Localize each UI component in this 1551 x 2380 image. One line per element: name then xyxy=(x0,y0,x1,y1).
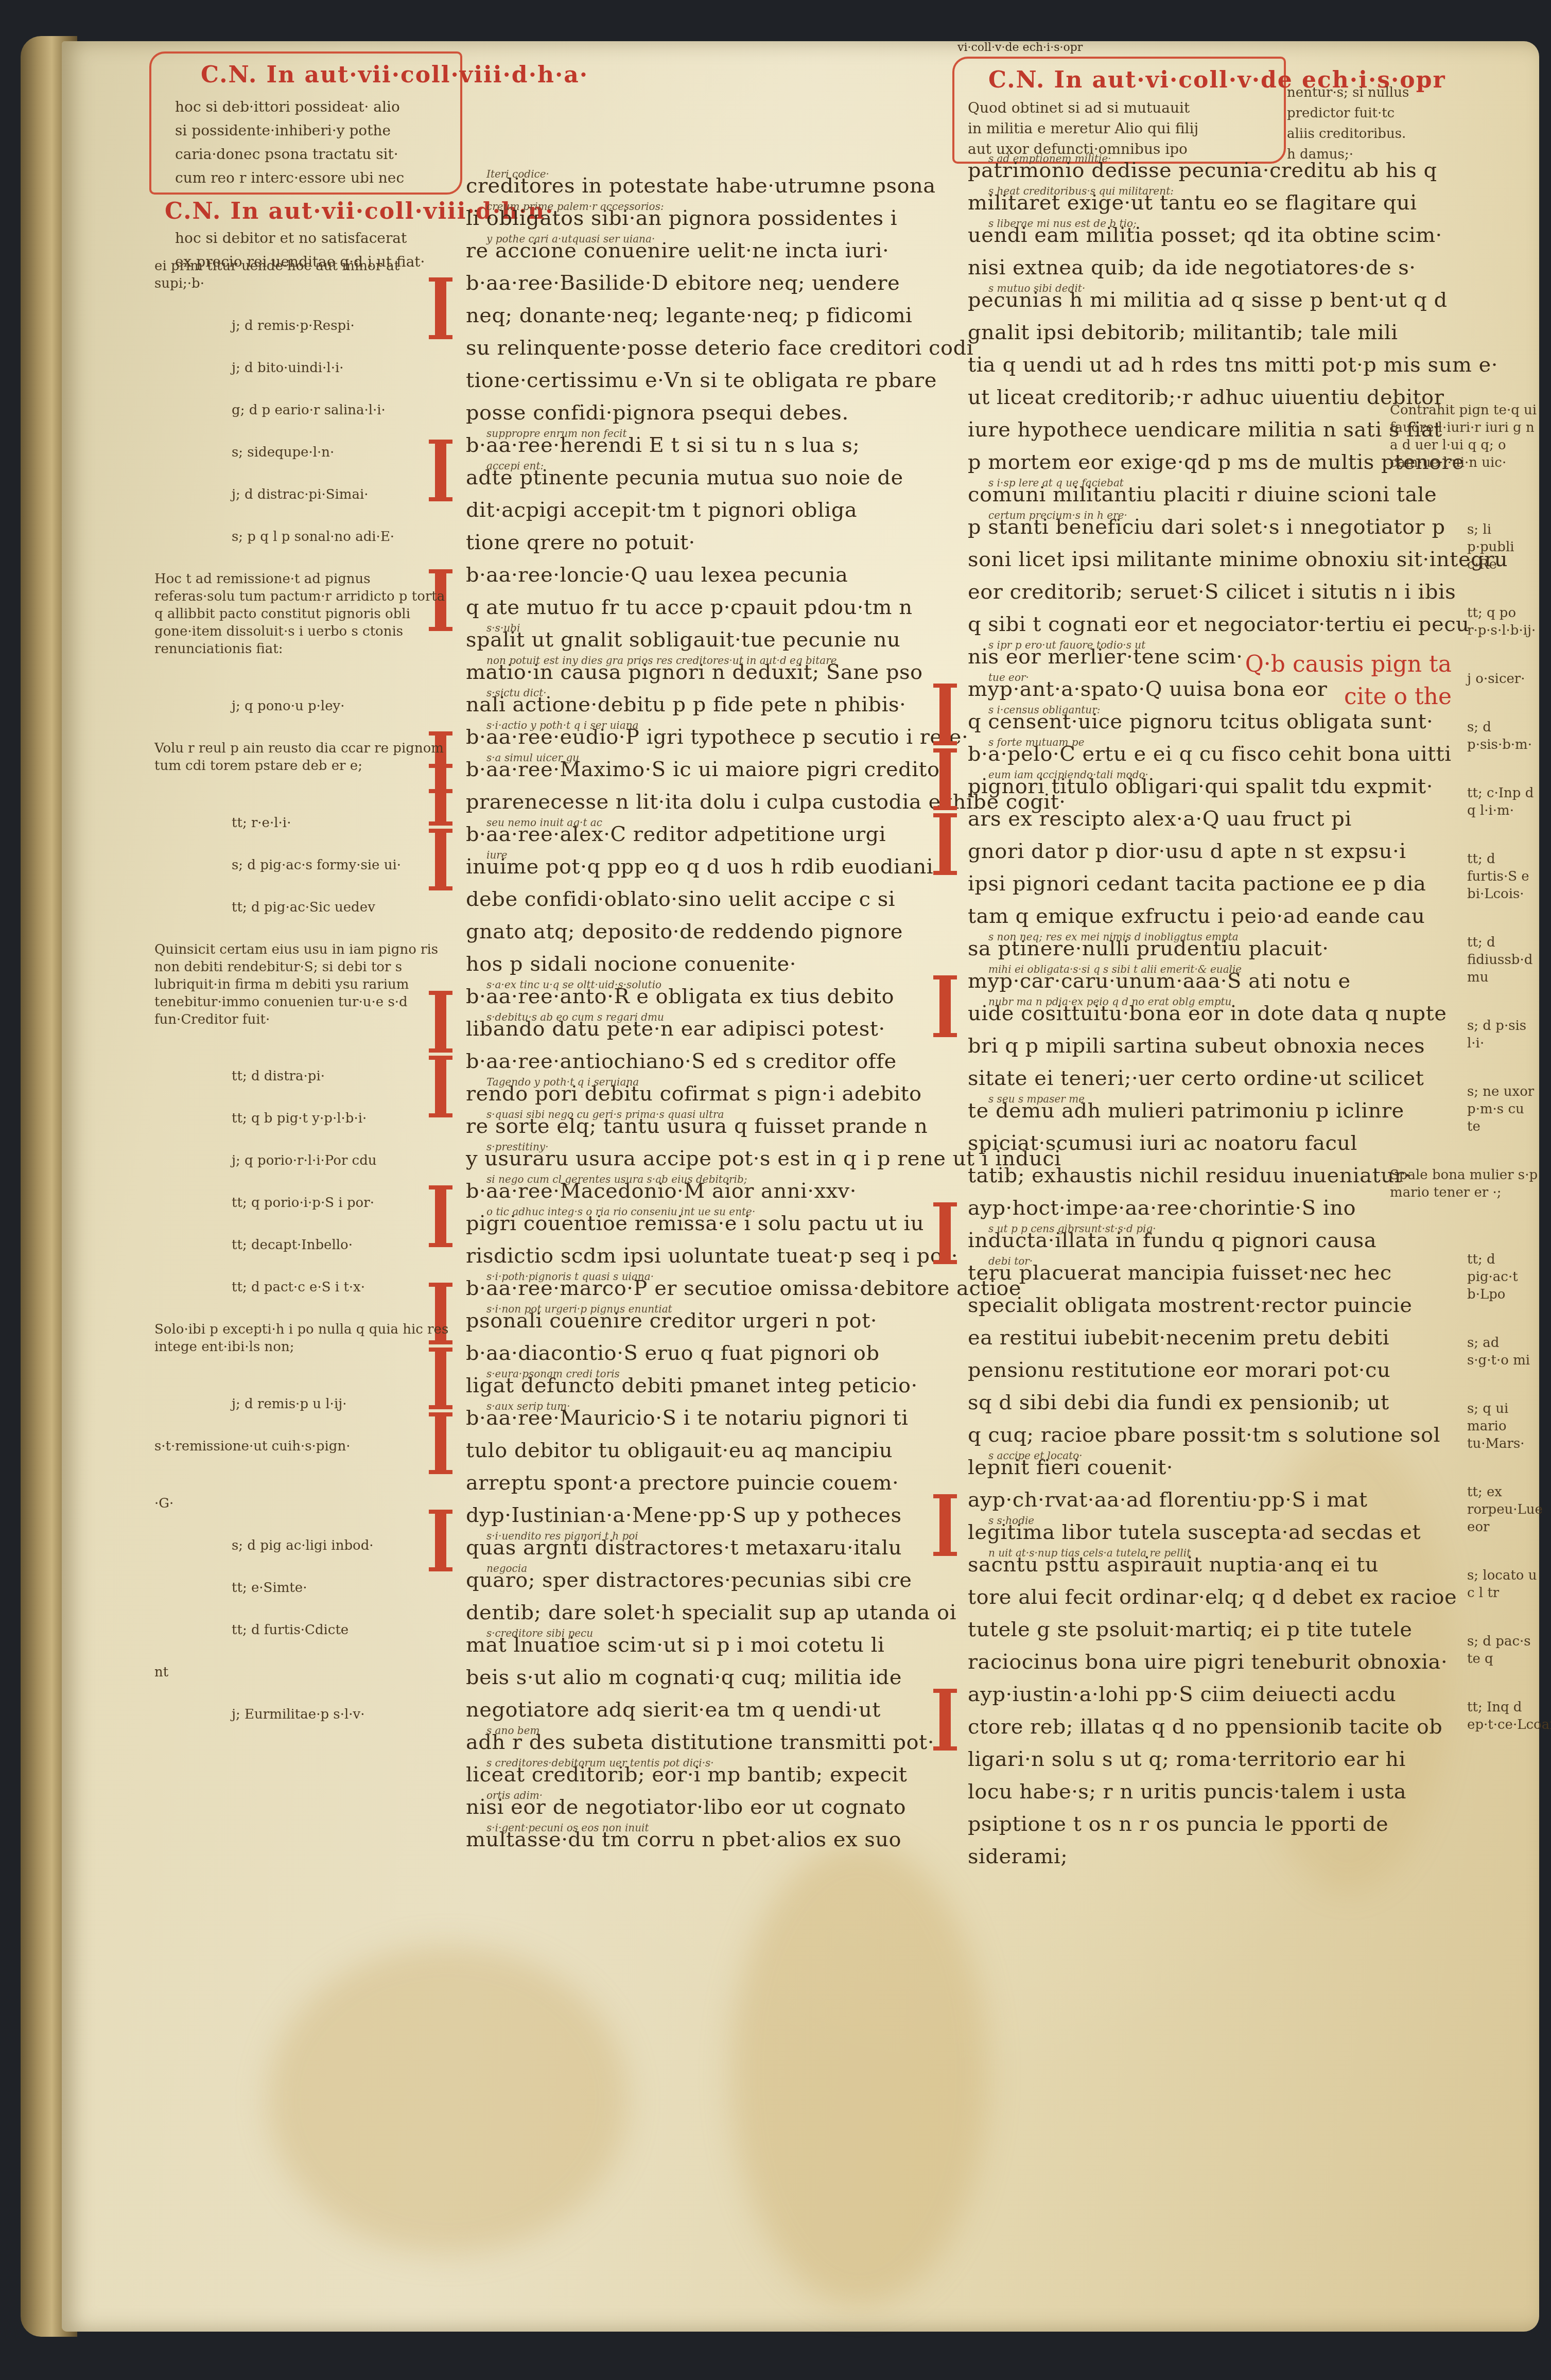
manuscript-line: debe confidi·oblato·sino uelit accipe c … xyxy=(466,883,960,916)
manuscript-line: raciocinus bona uire pigri teneburit obn… xyxy=(968,1646,1431,1678)
main-text-line: specialit obligata mostrent·rector puinc… xyxy=(968,1289,1431,1322)
interlinear-gloss: eum iam accipiendo·tali modo· xyxy=(988,769,1148,780)
manuscript-line: bri q p mipili sartina subeut obnoxia ne… xyxy=(968,1030,1431,1062)
margin-allegation: s; li p·publi c·Re xyxy=(1390,521,1539,573)
main-text-line: gnato atq; deposito·de reddendo pignore xyxy=(466,916,960,948)
margin-allegation: tt; d pact·c e·S i t·x· xyxy=(154,1279,453,1296)
interlinear-gloss: s·i·non pot urgeri·p pignus enuntiat xyxy=(486,1304,672,1314)
rubric-side-line: nentur·s; si nullus xyxy=(1287,82,1409,103)
manuscript-line: s ano bemadh r des subeta distitutione t… xyxy=(466,1726,960,1759)
main-text-line: prarenecesse n lit·ita dolu i culpa cust… xyxy=(466,786,960,818)
manuscript-line: tia q uendi ut ad h rdes tns mitti pot·p… xyxy=(968,349,1431,381)
interlinear-gloss: suppropre enrum non fecit xyxy=(486,428,626,439)
manuscript-line: si nego cum cl gerentes usura s·ab eius … xyxy=(466,1175,960,1207)
manuscript-line: s·sictu dict·nali actione·debitu p p fid… xyxy=(466,689,960,721)
interlinear-gloss: s ut p p cens gibrsunt·st·s·d pig· xyxy=(988,1223,1156,1234)
margin-allegation: s; d pac·s te q xyxy=(1390,1633,1539,1668)
main-text-line: neq; donante·neq; legante·neq; p fidicom… xyxy=(466,300,960,332)
main-text-line: arreptu spont·a prectore puincie couem· xyxy=(466,1467,960,1499)
margin-allegation: g; d p eario·r salina·l·i· xyxy=(154,401,453,419)
manuscript-line: beis s·ut alio m cognati·q cuq; militia … xyxy=(466,1661,960,1694)
main-text-line: q cuq; racioe pbare possit·tm s solution… xyxy=(968,1419,1431,1451)
margin-allegation: tt; decapt·Inbello· xyxy=(154,1236,453,1254)
interlinear-gloss: s·quasi sibi nego cu geri·s prima·s quas… xyxy=(486,1109,724,1119)
manuscript-line: s i·census obligantur:q censent·uice pig… xyxy=(968,706,1431,738)
main-text-line: ligari·n solu s ut q; roma·territorio ea… xyxy=(968,1743,1431,1776)
main-text-line: gnori dator p dior·usu d apte n st expsu… xyxy=(968,835,1431,868)
rubric-box-right-text: Quod obtinet si ad si mutuauit in militi… xyxy=(968,98,1198,160)
margin-allegation: s; locato u c l tr xyxy=(1390,1567,1539,1602)
main-text-line: risdictio scdm ipsi uoluntate tueat·p se… xyxy=(466,1240,960,1272)
main-text-line: tore alui fecit ordinar·elq; q d debet e… xyxy=(968,1581,1431,1614)
main-text-line: hos p sidali nocione conuenite· xyxy=(466,948,960,981)
interlinear-gloss: s seu s mpaser me xyxy=(988,1094,1085,1104)
main-text-line: tulo debitor tu obligauit·eu aq mancipiu xyxy=(466,1434,960,1467)
margin-mark: nt xyxy=(154,1664,453,1681)
margin-allegation: tt; e·Simte· xyxy=(154,1579,453,1597)
interlinear-gloss: creum prime palem·r accessorios: xyxy=(486,201,664,212)
margin-allegation: s; ad s·g·t·o mi xyxy=(1390,1334,1539,1369)
main-text-line: ars ex rescipto alex·a·Q uau fruct pi xyxy=(968,803,1431,835)
rubric-line: in militia e meretur Alio qui filij xyxy=(968,118,1198,139)
parchment-stain xyxy=(268,1946,628,2254)
manuscript-line: s·eura·psonam credi torisligat defuncto … xyxy=(466,1370,960,1402)
margin-side-note: ei prim titur uende·hoc aut minor at sup… xyxy=(154,257,453,292)
main-text-line: siderami; xyxy=(968,1841,1431,1873)
manuscript-line: s·prestitiny·y usuraru usura accipe pot·… xyxy=(466,1143,960,1175)
manuscript-line: s·s·ubispalit ut gnalit sobligauit·tue p… xyxy=(466,624,960,656)
margin-allegation: tt; d pig·ac·t b·Lpo xyxy=(1390,1251,1539,1303)
interlinear-gloss: s·i·uendito res pignori t h poi xyxy=(486,1531,638,1541)
manuscript-line: eum iam accipiendo·tali modo·pignori tit… xyxy=(968,771,1431,803)
manuscript-line: s accipe et locato·lepnit fieri couenit· xyxy=(968,1451,1431,1484)
main-text-line: b·aa·ree·Basilide·D ebitore neq; uendere xyxy=(466,267,960,300)
main-text-line: tione·certissimu e·Vn si te obligata re … xyxy=(466,364,960,397)
margin-allegation: j; d remis·p·Respi· xyxy=(154,317,453,335)
main-text-line: legitima libor tutela suscepta·ad secdas… xyxy=(968,1516,1431,1549)
margin-allegation: s; ne uxor p·m·s cu te xyxy=(1390,1083,1539,1135)
manuscript-line: sitate ei teneri;·uer certo ordine·ut sc… xyxy=(968,1062,1431,1095)
margin-gloss-paragraph: Contrahit pign te·q ui fauore·l·iuri·r i… xyxy=(1390,401,1539,471)
interlinear-gloss: seu nemo inuit ag·t ac xyxy=(486,817,602,828)
interlinear-gloss: Tagendo y poth·t q i seruiana xyxy=(486,1077,639,1087)
main-text-line: q sibi t cognati eor et negociator·terti… xyxy=(968,608,1431,641)
interlinear-gloss: s forte mutuam pe xyxy=(988,737,1085,747)
main-text-line: inuime pot·q ppp eo q d uos h rdib euodi… xyxy=(466,851,960,883)
interlinear-gloss: s·creditore sibi pecu xyxy=(486,1628,593,1638)
main-text-line: tutele g ste psoluit·martiq; ei p tite t… xyxy=(968,1614,1431,1646)
interlinear-gloss: accepi ent: xyxy=(486,461,544,471)
manuscript-line: soni licet ipsi militante minime obnoxiu… xyxy=(968,544,1431,576)
manuscript-line: tue eor·myp·ant·a·spato·Q uuisa bona eor… xyxy=(968,673,1431,706)
margin-allegation: j; d remis·p u l·ij· xyxy=(154,1395,453,1413)
manuscript-line: ligari·n solu s ut q; roma·territorio ea… xyxy=(968,1743,1431,1776)
main-text-line: tam q emique exfructu i peio·ad eande ca… xyxy=(968,900,1431,933)
red-initial-i xyxy=(939,1689,951,1751)
manuscript-line: gnalit ipsi debitorib; militantib; tale … xyxy=(968,317,1431,349)
manuscript-line: su relinquente·posse deterio face credit… xyxy=(466,332,960,364)
main-text-line: p mortem eor exige·qd p ms de multis pte… xyxy=(968,446,1431,479)
manuscript-line: s non neq; res ex mei nimis d inobligatu… xyxy=(968,933,1431,965)
margin-allegation: tt; d pig·ac·Sic uedev xyxy=(154,899,453,916)
manuscript-line: s·i·gent·pecuni os eos non inuitmultasse… xyxy=(466,1824,960,1856)
manuscript-line: ayp·hoct·impe·aa·ree·chorintie·S ino xyxy=(968,1192,1431,1224)
main-text-line: gnalit ipsi debitorib; militantib; tale … xyxy=(968,317,1431,349)
manuscript-line: s·i·uendito res pignori t h poiquas argn… xyxy=(466,1532,960,1564)
manuscript-line: y pothe cari a·utquasi ser uiana·re acci… xyxy=(466,235,960,267)
manuscript-line: ipsi pignori cedant tacita pactione ee p… xyxy=(968,868,1431,900)
manuscript-line: s·i·poth·pignoris t quasi s uiana·b·aa·r… xyxy=(466,1272,960,1305)
margin-allegation: j; Eurmilitae·p s·l·v· xyxy=(154,1706,453,1723)
main-text-line: ea restitui iubebit·necenim pretu debiti xyxy=(968,1322,1431,1354)
manuscript-line: s·creditore sibi pecumat lnuatioe scim·u… xyxy=(466,1629,960,1661)
margin-allegation: j o·sicer· xyxy=(1390,670,1539,688)
main-text-line: ipsi pignori cedant tacita pactione ee p… xyxy=(968,868,1431,900)
interlinear-gloss: s·i·gent·pecuni os eos non inuit xyxy=(486,1823,649,1833)
main-text-line: b·aa·ree·antiochiano·S ed s creditor off… xyxy=(466,1045,960,1078)
margin-allegation: s; q ui mario tu·Mars· xyxy=(1390,1400,1539,1452)
rubric-line: caria·donec psona tractatu sit· xyxy=(175,143,404,166)
manuscript-line: locu habe·s; r n uritis puncis·talem i u… xyxy=(968,1776,1431,1808)
rubric-side-line: aliis creditoribus. xyxy=(1287,124,1409,144)
manuscript-line: ars ex rescipto alex·a·Q uau fruct pi xyxy=(968,803,1431,835)
margin-allegation: s; sidequpe·l·n· xyxy=(154,444,453,461)
margin-gloss-paragraph: Hoc t ad remissione·t ad pignus referas·… xyxy=(154,570,453,658)
interlinear-gloss: s·i·poth·pignoris t quasi s uiana· xyxy=(486,1271,654,1282)
rubric-line: cum reo r interc·essore ubi nec xyxy=(175,166,404,190)
interlinear-gloss: s heat creditoribus·s qui militarent: xyxy=(988,186,1174,196)
interlinear-gloss: s·a simul uicer gu xyxy=(486,752,579,763)
manuscript-line: b·aa·ree·antiochiano·S ed s creditor off… xyxy=(466,1045,960,1078)
margin-allegation: tt; d distra·pi· xyxy=(154,1067,453,1085)
interlinear-gloss: s accipe et locato· xyxy=(988,1450,1083,1461)
manuscript-line: s creditores·debitorum uer tentis pot di… xyxy=(466,1759,960,1791)
manuscript-line: s·debitu·s ab eo cum s regari dmulibando… xyxy=(466,1013,960,1045)
margin-allegation: s; d p·sis·b·m· xyxy=(1390,719,1539,754)
red-initial-i xyxy=(939,1202,951,1264)
manuscript-line: s·i·non pot urgeri·p pignus enuntiatpson… xyxy=(466,1305,960,1337)
margin-mark: ·G· xyxy=(154,1495,453,1512)
manuscript-line: Tagendo y poth·t q i seruianarendo pori … xyxy=(466,1078,960,1110)
margin-allegation: tt; ex rorpeu·Lue eor xyxy=(1390,1483,1539,1536)
main-text-line: q ate mutuo fr tu acce p·cpauit pdou·tm … xyxy=(466,591,960,624)
main-text-line: negotiatore adq sierit·ea tm q uendi·ut xyxy=(466,1694,960,1726)
main-text-line: beis s·ut alio m cognati·q cuq; militia … xyxy=(466,1661,960,1694)
manuscript-line: ea restitui iubebit·necenim pretu debiti xyxy=(968,1322,1431,1354)
main-text-line: sq d sibi debi dia fundi ex pensionib; u… xyxy=(968,1387,1431,1419)
manuscript-line: negociaquaro; sper distractores·pecunias… xyxy=(466,1564,960,1597)
interlinear-gloss: s s·hodie xyxy=(988,1515,1034,1526)
margin-allegation: s; d pig ac·ligi inbod· xyxy=(154,1537,453,1554)
margin-allegation: tt; q po r·p·s·l·b·ij· xyxy=(1390,604,1539,639)
main-text-line: ctore reb; illatas q d no ppensionib tac… xyxy=(968,1711,1431,1743)
interlinear-gloss: non potuit est iny dies gra prios res cr… xyxy=(486,655,837,666)
manuscript-line: b·aa·ree·loncie·Q uau lexea pecunia xyxy=(466,559,960,591)
main-text-line: dyp·Iustinian·a·Mene·pp·S up y potheces xyxy=(466,1499,960,1532)
main-text-line: raciocinus bona uire pigri teneburit obn… xyxy=(968,1646,1431,1678)
interlinear-gloss: mihi ei obligata·s·si q s sibi t alii em… xyxy=(988,964,1242,974)
margin-allegation: tt; Inq d ep·t·ce·Lcoai xyxy=(1390,1699,1539,1734)
left-margin-glosses: ei prim titur uende·hoc aut minor at sup… xyxy=(154,257,453,1748)
red-initial-p xyxy=(939,813,951,875)
interlinear-gloss: nubr ma n pdia·ex peio q d no erat oblg … xyxy=(988,996,1231,1007)
main-text-line: tia q uendi ut ad h rdes tns mitti pot·p… xyxy=(968,349,1431,381)
manuscript-line: tione qrere no potuit· xyxy=(466,527,960,559)
main-text-line: adh r des subeta distitutione transmitti… xyxy=(466,1726,960,1759)
left-main-column: Iteri codice·creditores in potestate hab… xyxy=(466,170,960,1856)
margin-allegation: j; d distrac·pi·Simai· xyxy=(154,486,453,503)
right-main-column: s ad emptionem militie·patrimonio dediss… xyxy=(968,154,1431,1873)
manuscript-line: nisi extnea quib; da ide negotiatores·de… xyxy=(968,252,1431,284)
main-text-line: dit·acpigi accepit·tm t pignori obliga xyxy=(466,494,960,527)
main-text-line: nisi extnea quib; da ide negotiatores·de… xyxy=(968,252,1431,284)
main-text-line: spalit ut gnalit sobligauit·tue pecunie … xyxy=(466,624,960,656)
margin-allegation: s; p q l p sonal·no adi·E· xyxy=(154,528,453,546)
manuscript-line: b·aa·diacontio·S eruo q fuat pignori ob xyxy=(466,1337,960,1370)
manuscript-line: ortis adim·nisi eor de negotiator·libo e… xyxy=(466,1791,960,1824)
manuscript-line: ctore reb; illatas q d no ppensionib tac… xyxy=(968,1711,1431,1743)
red-initial-i xyxy=(939,748,951,810)
manuscript-line: b·aa·ree·Basilide·D ebitore neq; uendere xyxy=(466,267,960,300)
interlinear-gloss: s liberae mi nus est de b tio; xyxy=(988,218,1137,229)
margin-gloss-paragraph: Spale bona mulier s·p mario tener er ·; xyxy=(1390,1166,1539,1201)
interlinear-gloss: s·sictu dict· xyxy=(486,688,547,698)
margin-allegation: tt; q porio·i·p·S i por· xyxy=(154,1194,453,1212)
manuscript-line: s·i·actio y poth·t q i ser uianab·aa·ree… xyxy=(466,721,960,754)
main-text-line: su relinquente·posse deterio face credit… xyxy=(466,332,960,364)
parchment-stain xyxy=(731,1843,988,2306)
main-text-line: locu habe·s; r n uritis puncis·talem i u… xyxy=(968,1776,1431,1808)
margin-allegation: s; d pig·ac·s formy·sie ui· xyxy=(154,856,453,874)
main-text-line: bri q p mipili sartina subeut obnoxia ne… xyxy=(968,1030,1431,1062)
manuscript-line: certum precium·s in h ere·p stanti benef… xyxy=(968,511,1431,544)
manuscript-line: prarenecesse n lit·ita dolu i culpa cust… xyxy=(466,786,960,818)
margin-gloss-paragraph: Solo·ibi p excepti·h i po nulla q quia h… xyxy=(154,1321,453,1356)
main-text-line: ayp·ch·rvat·aa·ad florentiu·pp·S i mat xyxy=(968,1484,1431,1516)
manuscript-line: arreptu spont·a prectore puincie couem· xyxy=(466,1467,960,1499)
manuscript-line: sq d sibi debi dia fundi ex pensionib; u… xyxy=(968,1387,1431,1419)
main-text-line: b·aa·diacontio·S eruo q fuat pignori ob xyxy=(466,1337,960,1370)
interlinear-gloss: s ano bem xyxy=(486,1725,539,1736)
manuscript-line: s·a·ex tinc u·q se oltt·uid·s·solutiob·a… xyxy=(466,981,960,1013)
margin-allegation: j; d bito·uindi·l·i· xyxy=(154,359,453,377)
manuscript-line: tutele g ste psoluit·martiq; ei p tite t… xyxy=(968,1614,1431,1646)
main-text-line: ayp·iustin·a·lohi pp·S ciim deiuecti acd… xyxy=(968,1678,1431,1711)
interlinear-gloss: s·debitu·s ab eo cum s regari dmu xyxy=(486,1012,664,1022)
manuscript-line: neq; donante·neq; legante·neq; p fidicom… xyxy=(466,300,960,332)
rubric-box-left-1-text: hoc si deb·ittori possideat· alio si pos… xyxy=(175,95,404,190)
manuscript-line: non potuit est iny dies gra prios res cr… xyxy=(466,656,960,689)
rubric-box-right-side: nentur·s; si nullus predictor fuit·tc al… xyxy=(1287,82,1409,165)
rubric-line: hoc si debitor et no satisfacerat xyxy=(175,226,425,250)
rubric-heading-left-1: C.N. In aut·vii·coll·viii·d·h·a· xyxy=(201,62,588,88)
manuscript-line: hos p sidali nocione conuenite· xyxy=(466,948,960,981)
manuscript-line: iure hypothece uendicare militia n sati … xyxy=(968,414,1431,446)
manuscript-line: gnato atq; deposito·de reddendo pignore xyxy=(466,916,960,948)
interlinear-gloss: debi tor· xyxy=(988,1256,1033,1266)
manuscript-line: creum prime palem·r accessorios:li oblig… xyxy=(466,202,960,235)
rubric-line: hoc si deb·ittori possideat· alio xyxy=(175,95,404,119)
right-margin-glosses: Contrahit pign te·q ui fauore·l·iuri·r i… xyxy=(1390,401,1539,1764)
manuscript-line: specialit obligata mostrent·rector puinc… xyxy=(968,1289,1431,1322)
margin-allegation: tt; d fidiussb·d mu xyxy=(1390,934,1539,986)
interlinear-gloss: iure xyxy=(486,850,508,860)
main-text-line: posse confidi·pignora psequi debes. xyxy=(466,397,960,429)
manuscript-line: psiptione t os n r os puncia le pporti d… xyxy=(968,1808,1431,1841)
interlinear-gloss: n uit at·s·nup tias cels·a tutela re pel… xyxy=(988,1548,1191,1558)
rubric-line: si possidente·inhiberi·y pothe xyxy=(175,119,404,143)
margin-allegation: tt; d furtis·Cdicte xyxy=(154,1621,453,1639)
main-text-line: teru placuerat mancipia fuisset·nec hec xyxy=(968,1257,1431,1289)
main-text-line: dentib; dare solet·h specialit sup ap ut… xyxy=(466,1597,960,1629)
margin-gloss-paragraph: Volu r reul p ain reusto dia ccar re pig… xyxy=(154,740,453,775)
interlinear-gloss: y pothe cari a·utquasi ser uiana· xyxy=(486,234,655,244)
manuscript-line: iureinuime pot·q ppp eo q d uos h rdib e… xyxy=(466,851,960,883)
manuscript-line: q ate mutuo fr tu acce p·cpauit pdou·tm … xyxy=(466,591,960,624)
interlinear-gloss: s·s·ubi xyxy=(486,623,520,633)
rubric-side-line: predictor fuit·tc xyxy=(1287,103,1409,124)
manuscript-line: nubr ma n pdia·ex peio q d no erat oblg … xyxy=(968,997,1431,1030)
manuscript-line: s ad emptionem militie·patrimonio dediss… xyxy=(968,154,1431,187)
manuscript-line: p mortem eor exige·qd p ms de multis pte… xyxy=(968,446,1431,479)
interlinear-gloss: s ipr p ero·ut fauore todio·s ut xyxy=(988,640,1145,650)
interlinear-gloss: negocia xyxy=(486,1563,527,1573)
manuscript-line: Iteri codice·creditores in potestate hab… xyxy=(466,170,960,202)
manuscript-line: dyp·Iustinian·a·Mene·pp·S up y potheces xyxy=(466,1499,960,1532)
interlinear-gloss: s i·sp lere at q ue faciebat xyxy=(988,478,1124,488)
margin-allegation: j; q pono·u p·ley· xyxy=(154,697,453,715)
interlinear-gloss: s·prestitiny· xyxy=(486,1142,549,1152)
manuscript-line: mihi ei obligata·s·si q s sibi t alii em… xyxy=(968,965,1431,997)
manuscript-line: dentib; dare solet·h specialit sup ap ut… xyxy=(466,1597,960,1629)
manuscript-line: s ut p p cens gibrsunt·st·s·d pig·induct… xyxy=(968,1224,1431,1257)
interlinear-gloss: s creditores·debitorum uer tentis pot di… xyxy=(486,1758,714,1768)
manuscript-line: q cuq; racioe pbare possit·tm s solution… xyxy=(968,1419,1431,1451)
interlinear-gloss: certum precium·s in h ere· xyxy=(988,510,1127,520)
manuscript-line: s ipr p ero·ut fauore todio·s utnis eor … xyxy=(968,641,1431,673)
manuscript-line: s liberae mi nus est de b tio;uendi eam … xyxy=(968,219,1431,252)
manuscript-line: s i·sp lere at q ue faciebatcomuni milit… xyxy=(968,479,1431,511)
manuscript-line: seu nemo inuit ag·t acb·aa·ree·alex·C re… xyxy=(466,818,960,851)
running-head: vi·coll·v·de ech·i·s·opr xyxy=(957,41,1083,54)
manuscript-line: s·quasi sibi nego cu geri·s prima·s quas… xyxy=(466,1110,960,1143)
main-text-line: soni licet ipsi militante minime obnoxiu… xyxy=(968,544,1431,576)
interlinear-gloss: si nego cum cl gerentes usura s·ab eius … xyxy=(486,1174,747,1184)
red-initial-i xyxy=(939,975,951,1037)
manuscript-line: tione·certissimu e·Vn si te obligata re … xyxy=(466,364,960,397)
interlinear-gloss: o tic adhuc integ·s o ria rio conseniu i… xyxy=(486,1206,755,1217)
margin-allegation: tt; r·e·l·i· xyxy=(154,814,453,832)
manuscript-line: q sibi t cognati eor et negociator·terti… xyxy=(968,608,1431,641)
interlinear-gloss: ortis adim· xyxy=(486,1790,543,1800)
manuscript-line: s·a simul uicer gub·aa·ree·Maximo·S ic u… xyxy=(466,754,960,786)
margin-allegation: tt; q b pig·t y·p·l·b·i· xyxy=(154,1110,453,1127)
manuscript-line: suppropre enrum non fecitb·aa·ree·herend… xyxy=(466,429,960,462)
interlinear-gloss: s ad emptionem militie· xyxy=(988,153,1111,164)
main-text-line: pensionu restitutione eor morari pot·cu xyxy=(968,1354,1431,1387)
margin-allegation: j; q porio·r·l·i·Por cdu xyxy=(154,1152,453,1169)
main-text-line: sitate ei teneri;·uer certo ordine·ut sc… xyxy=(968,1062,1431,1095)
manuscript-line: spiciat·scumusi iuri ac noatoru facul xyxy=(968,1127,1431,1160)
manuscript-line: accepi ent:adte ptinente pecunia mutua s… xyxy=(466,462,960,494)
main-text-line: quaro; sper distractores·pecunias sibi c… xyxy=(466,1564,960,1597)
manuscript-line: s heat creditoribus·s qui militarent:mil… xyxy=(968,187,1431,219)
main-text-line: psiptione t os n r os puncia le pporti d… xyxy=(968,1808,1431,1841)
margin-gloss-paragraph: s·t·remissione·ut cuih·s·pign· xyxy=(154,1438,453,1455)
interlinear-gloss: tue eor· xyxy=(988,672,1029,682)
manuscript-line: tore alui fecit ordinar·elq; q d debet e… xyxy=(968,1581,1431,1614)
main-text-line: eor creditorib; seruet·S cilicet i situt… xyxy=(968,576,1431,608)
red-initial-i xyxy=(939,684,951,745)
main-text-line: b·aa·ree·loncie·Q uau lexea pecunia xyxy=(466,559,960,591)
manuscript-line: o tic adhuc integ·s o ria rio conseniu i… xyxy=(466,1207,960,1240)
rubric-line: Quod obtinet si ad si mutuauit xyxy=(968,98,1198,118)
margin-gloss-paragraph: Quinsicit certam eius usu in iam pigno r… xyxy=(154,941,453,1028)
manuscript-line: s seu s mpaser mete demu adh mulieri pat… xyxy=(968,1095,1431,1127)
manuscript-line: ayp·ch·rvat·aa·ad florentiu·pp·S i mat xyxy=(968,1484,1431,1516)
manuscript-line: ayp·iustin·a·lohi pp·S ciim deiuecti acd… xyxy=(968,1678,1431,1711)
main-text-line: debe confidi·oblato·sino uelit accipe c … xyxy=(466,883,960,916)
manuscript-line: s·aux serip tum·b·aa·ree·Mauricio·S i te… xyxy=(466,1402,960,1434)
red-initial-i xyxy=(939,1494,951,1556)
margin-allegation: tt; c·Inp d q l·i·m· xyxy=(1390,784,1539,819)
interlinear-gloss: s·eura·psonam credi toris xyxy=(486,1369,620,1379)
manuscript-line: s forte mutuam peb·a·pelo·C ertu e ei q … xyxy=(968,738,1431,771)
manuscript-line: siderami; xyxy=(968,1841,1431,1873)
interlinear-gloss: s·aux serip tum· xyxy=(486,1401,570,1411)
manuscript-line: pensionu restitutione eor morari pot·cu xyxy=(968,1354,1431,1387)
main-text-line: ayp·hoct·impe·aa·ree·chorintie·S ino xyxy=(968,1192,1431,1224)
manuscript-line: risdictio scdm ipsi uoluntate tueat·p se… xyxy=(466,1240,960,1272)
interlinear-gloss: s mutuo sibi dedit· xyxy=(988,283,1085,293)
manuscript-line: dit·acpigi accepit·tm t pignori obliga xyxy=(466,494,960,527)
manuscript-line: gnori dator p dior·usu d apte n st expsu… xyxy=(968,835,1431,868)
manuscript-line: eor creditorib; seruet·S cilicet i situt… xyxy=(968,576,1431,608)
interlinear-gloss: Iteri codice· xyxy=(486,169,549,179)
manuscript-line: posse confidi·pignora psequi debes. xyxy=(466,397,960,429)
interlinear-gloss: s·a·ex tinc u·q se oltt·uid·s·solutio xyxy=(486,979,661,990)
main-text-line: ut liceat creditorib;·r adhuc uiuentiu d… xyxy=(968,381,1431,414)
manuscript-line: negotiatore adq sierit·ea tm q uendi·ut xyxy=(466,1694,960,1726)
manuscript-line: ut liceat creditorib;·r adhuc uiuentiu d… xyxy=(968,381,1431,414)
manuscript-line: tatib; exhaustis nichil residuu inueniat… xyxy=(968,1160,1431,1192)
manuscript-line: s s·hodielegitima libor tutela suscepta·… xyxy=(968,1516,1431,1549)
main-text-line: spiciat·scumusi iuri ac noatoru facul xyxy=(968,1127,1431,1160)
manuscript-line: tam q emique exfructu i peio·ad eande ca… xyxy=(968,900,1431,933)
manuscript-line: s mutuo sibi dedit·pecunias h mi militia… xyxy=(968,284,1431,317)
manuscript-line: n uit at·s·nup tias cels·a tutela re pel… xyxy=(968,1549,1431,1581)
interlinear-gloss: s non neq; res ex mei nimis d inobligatu… xyxy=(988,932,1239,942)
interlinear-gloss: s·i·actio y poth·t q i ser uiana xyxy=(486,720,638,730)
margin-allegation: s; d p·sis l·i· xyxy=(1390,1017,1539,1052)
main-text-line: tatib; exhaustis nichil residuu inueniat… xyxy=(968,1160,1431,1192)
main-text-line: iure hypothece uendicare militia n sati … xyxy=(968,414,1431,446)
margin-allegation: tt; d furtis·S e bi·Lcois· xyxy=(1390,850,1539,903)
main-text-line: tione qrere no potuit· xyxy=(466,527,960,559)
manuscript-line: debi tor·teru placuerat mancipia fuisset… xyxy=(968,1257,1431,1289)
manuscript-line: tulo debitor tu obligauit·eu aq mancipiu xyxy=(466,1434,960,1467)
interlinear-gloss: s i·census obligantur: xyxy=(988,705,1101,715)
